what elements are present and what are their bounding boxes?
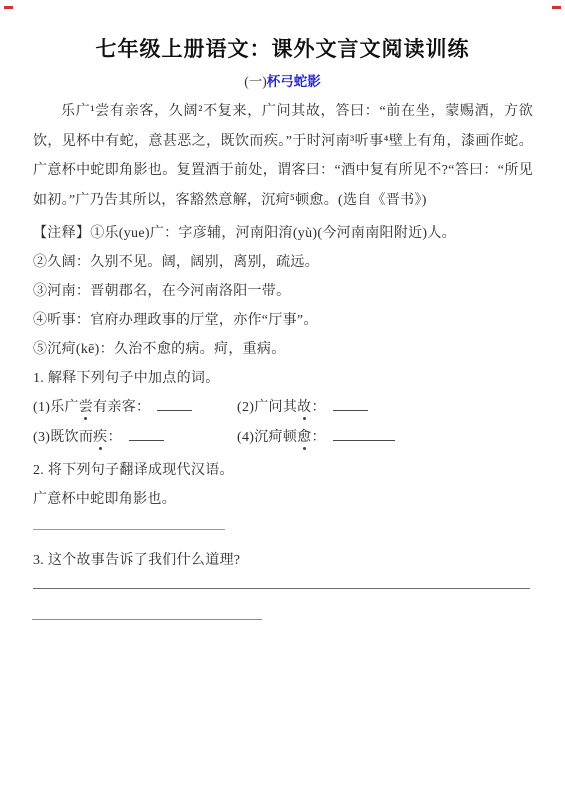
q1-item-2: (2)广问其故： xyxy=(237,396,368,416)
q1-item-3-text: (3)既饮而疾： xyxy=(33,430,122,445)
q1-item-2-text: (2)广问其故： xyxy=(237,400,326,415)
answer-blank-4 xyxy=(333,428,395,441)
worksheet-page: 七年级上册语文：课外文言文阅读训练 (一)杯弓蛇影 乐广¹尝有亲客，久阔²不复来… xyxy=(0,0,565,800)
q1-item-1: (1)乐广尝有亲客： xyxy=(33,396,192,416)
classical-passage: 乐广¹尝有亲客，久阔²不复来，广问其故，答曰：“前在坐，蒙赐酒，方欲饮，见杯中有… xyxy=(33,97,533,215)
q3-answer-line-1 xyxy=(33,588,530,589)
q1-item-4-text: (4)沉疴顿愈： xyxy=(237,430,326,445)
note-3: ③河南：晋朝郡名，在今河南洛阳一带。 xyxy=(33,277,543,306)
note-2: ②久阔：久别不见。阔，阔别，离别，疏远。 xyxy=(33,248,543,277)
subtitle-name: 杯弓蛇影 xyxy=(267,74,321,89)
question-3-label: 3. 这个故事告诉了我们什么道理? xyxy=(33,549,240,569)
subtitle-number: (一) xyxy=(244,74,267,89)
section-subtitle: (一)杯弓蛇影 xyxy=(0,70,565,90)
red-corner-mark-right xyxy=(552,6,561,9)
answer-blank-1 xyxy=(157,398,192,411)
notes-section: 【注释】①乐(yue)广：字彦辅，河南阳淯(yù)(今河南南阳附近)人。 ②久阔… xyxy=(33,219,543,364)
q1-item-4: (4)沉疴顿愈： xyxy=(237,426,395,446)
answer-blank-3 xyxy=(129,428,164,441)
q1-item-3: (3)既饮而疾： xyxy=(33,426,164,446)
red-corner-mark-left xyxy=(4,6,13,9)
q1-item-1-text: (1)乐广尝有亲客： xyxy=(33,400,150,415)
q2-answer-line xyxy=(33,529,225,530)
answer-blank-2 xyxy=(333,398,368,411)
q2-sentence: 广意杯中蛇即角影也。 xyxy=(33,488,176,508)
note-5: ⑤沉疴(kē)：久治不愈的病。疴，重病。 xyxy=(33,335,543,364)
page-title: 七年级上册语文：课外文言文阅读训练 xyxy=(0,33,565,63)
note-4: ④听事：官府办理政事的厅堂，亦作“厅事”。 xyxy=(33,306,543,335)
question-1-label: 1. 解释下列句子中加点的词。 xyxy=(33,367,220,387)
note-1: 【注释】①乐(yue)广：字彦辅，河南阳淯(yù)(今河南南阳附近)人。 xyxy=(33,219,543,248)
question-2-label: 2. 将下列句子翻译成现代汉语。 xyxy=(33,459,234,479)
q3-answer-line-2 xyxy=(32,619,262,620)
